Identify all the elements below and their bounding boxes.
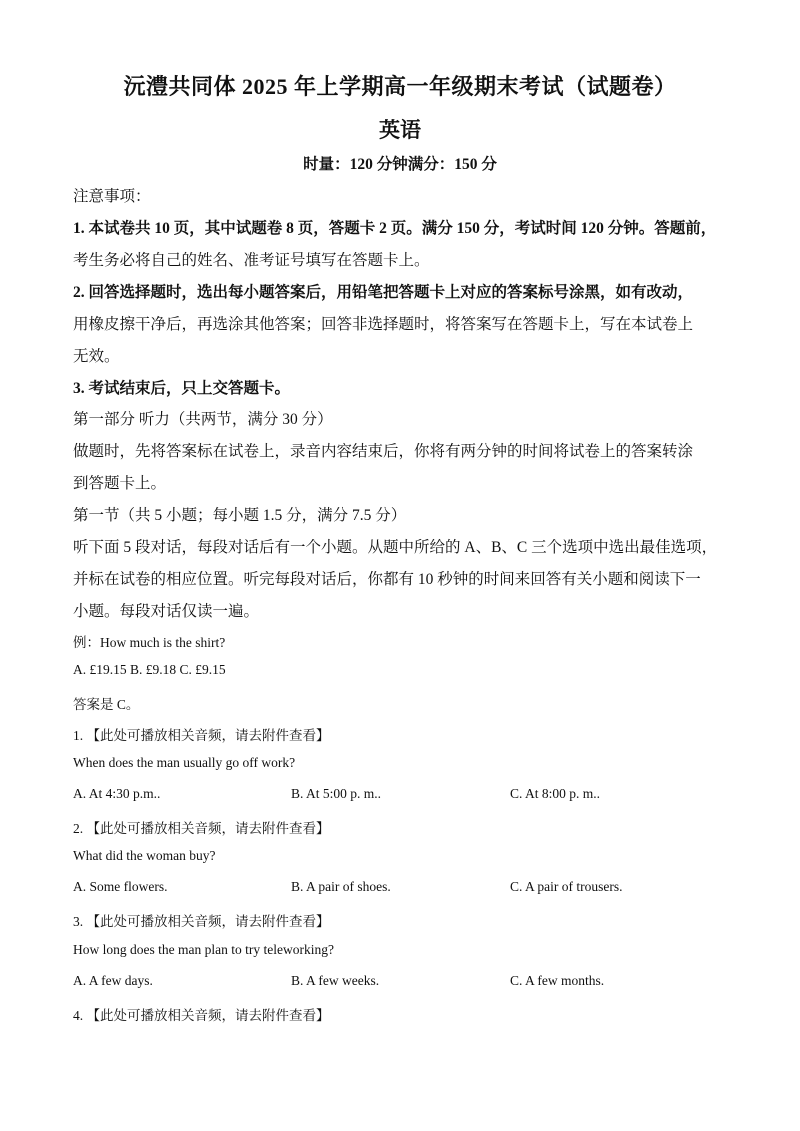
section1-instruction: 小题。每段对话仅读一遍。 (73, 599, 259, 621)
notice-line: 3. 考试结束后，只上交答题卡。 (73, 376, 290, 398)
audio-note[interactable]: 1. 【此处可播放相关音频，请去附件查看】 (73, 724, 330, 744)
section1-instruction: 听下面 5 段对话，每段对话后有一个小题。从题中所给的 A、B、C 三个选项中选… (73, 535, 717, 557)
audio-note[interactable]: 4. 【此处可播放相关音频，请去附件查看】 (73, 1004, 330, 1024)
notice-line: 2. 回答选择题时，选出每小题答案后，用铅笔把答题卡上对应的答案标号涂黑，如有改… (73, 280, 693, 302)
notice-heading: 注意事项： (73, 184, 151, 206)
option-a: A. A few days. (73, 973, 153, 989)
section1-instruction: 并标在试卷的相应位置。听完每段对话后，你都有 10 秒钟的时间来回答有关小题和阅… (73, 567, 701, 589)
time-and-score: 时量：120 分钟满分：150 分 (0, 152, 800, 174)
option-b: B. At 5:00 p. m.. (291, 786, 381, 802)
subject-title: 英语 (0, 114, 800, 144)
part1-heading: 第一部分 听力（共两节，满分 30 分） (73, 407, 333, 429)
exam-title: 沅澧共同体 2025 年上学期高一年级期末考试（试题卷） (0, 70, 800, 101)
option-a: A. Some flowers. (73, 879, 168, 895)
notice-line: 用橡皮擦干净后，再选涂其他答案；回答非选择题时，将答案写在答题卡上，写在本试卷上 (73, 312, 693, 334)
part1-instruction: 到答题卡上。 (73, 471, 166, 493)
section1-heading: 第一节（共 5 小题；每小题 1.5 分，满分 7.5 分） (73, 503, 406, 525)
part1-instruction: 做题时，先将答案标在试卷上，录音内容结束后，你将有两分钟的时间将试卷上的答案转涂 (73, 439, 693, 461)
option-a: A. At 4:30 p.m.. (73, 786, 160, 802)
option-b: B. A pair of shoes. (291, 879, 391, 895)
question-text: When does the man usually go off work? (73, 755, 295, 771)
example-question: 例：How much is the shirt? (73, 631, 225, 651)
question-text: How long does the man plan to try telewo… (73, 942, 334, 958)
example-options: A. £19.15 B. £9.18 C. £9.15 (73, 662, 226, 678)
option-c: C. A pair of trousers. (510, 879, 623, 895)
option-b: B. A few weeks. (291, 973, 379, 989)
notice-line: 1. 本试卷共 10 页，其中试题卷 8 页，答题卡 2 页。满分 150 分，… (73, 216, 716, 238)
option-c: C. At 8:00 p. m.. (510, 786, 600, 802)
example-answer: 答案是 C。 (73, 693, 139, 713)
audio-note[interactable]: 2. 【此处可播放相关音频，请去附件查看】 (73, 817, 330, 837)
question-text: What did the woman buy? (73, 848, 215, 864)
exam-page: 沅澧共同体 2025 年上学期高一年级期末考试（试题卷） 英语 时量：120 分… (0, 0, 800, 1131)
audio-note[interactable]: 3. 【此处可播放相关音频，请去附件查看】 (73, 910, 330, 930)
option-c: C. A few months. (510, 973, 604, 989)
notice-line: 无效。 (73, 344, 120, 366)
notice-line: 考生务必将自己的姓名、准考证号填写在答题卡上。 (73, 248, 430, 270)
